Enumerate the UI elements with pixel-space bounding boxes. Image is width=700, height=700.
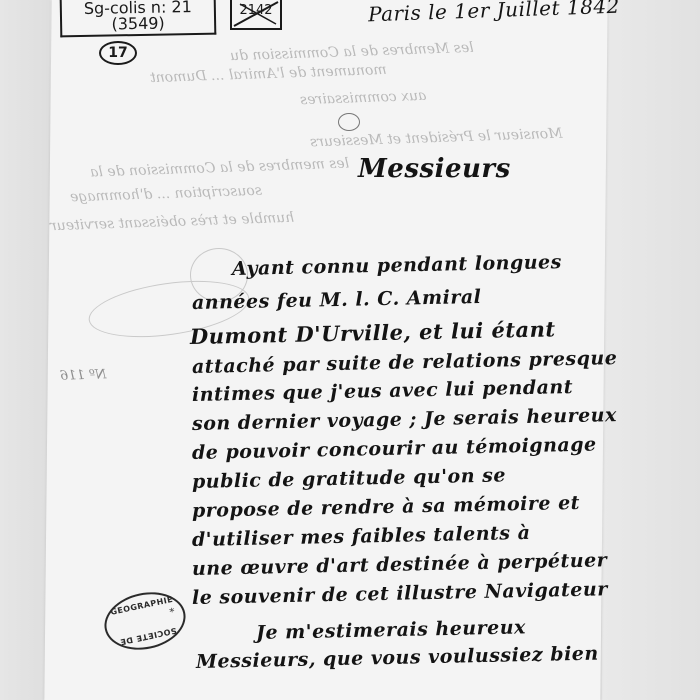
bleed-through-margin-note: Nº 116 — [60, 367, 107, 384]
star-icon: * — [169, 607, 176, 619]
folio-number-circled: 17 — [99, 41, 137, 65]
scan-left-margin — [0, 0, 50, 700]
crossed-out-number-box: 2142 — [230, 0, 282, 30]
bleed-through-dot — [338, 113, 360, 131]
archive-box-label: Sg-colis n: 21 (3549) — [60, 0, 217, 37]
cross-out-icon — [232, 0, 280, 28]
letter-salutation: Messieurs — [358, 154, 511, 184]
